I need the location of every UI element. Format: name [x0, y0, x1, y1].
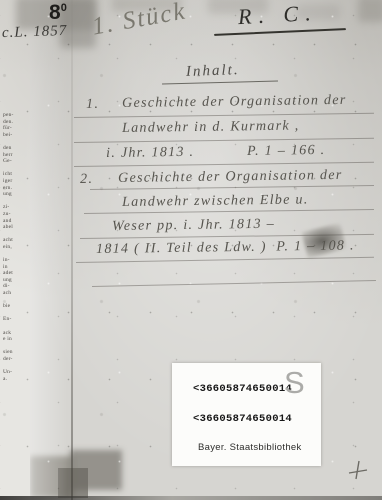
- ruled-line: [74, 138, 374, 143]
- top-right-corner-smudge: [358, 0, 382, 22]
- library-owner-name: Bayer. Staatsbibliothek: [198, 442, 302, 453]
- scanned-book-page: pen- den. für- bei- den herr Ge- icht ig…: [0, 0, 382, 500]
- ruled-line: [92, 280, 376, 287]
- contents-heading: Inhalt.: [186, 62, 240, 81]
- entry-line: i. Jhr. 1813 . P. 1 – 166 .: [106, 143, 326, 162]
- shelf-mark: c.L. 1857: [2, 23, 68, 42]
- octavo-digit: 8: [49, 1, 61, 24]
- entry-line: Geschichte der Organisation der: [122, 93, 347, 112]
- entry-number: 1.: [86, 97, 99, 113]
- entry-line: Landwehr in d. Kurmark ,: [122, 119, 300, 137]
- ruled-line: [74, 113, 374, 118]
- entry-line: Landwehr zwischen Elbe u.: [122, 192, 309, 211]
- entry-line: Weser pp. i. Jhr. 1813 –: [112, 217, 275, 235]
- header-initials-handwriting: R. C.: [237, 0, 318, 30]
- contents-heading-underline: [162, 80, 278, 84]
- library-barcode-label: <36605874650014 S <36605874650014 Bayer.…: [172, 363, 321, 466]
- octavo-superscript: 0: [61, 2, 67, 14]
- pencil-cross-mark: [346, 458, 370, 482]
- octavo-format-stamp: 80: [49, 1, 67, 25]
- piece-note-handwriting: 1. Stück: [90, 0, 189, 42]
- ruled-line: [76, 257, 374, 263]
- page-gutter-shading: [30, 0, 74, 500]
- entry-line: Geschichte der Organisation der: [118, 168, 343, 187]
- entry-number: 2.: [80, 172, 93, 188]
- barcode-number-bottom: <36605874650014: [193, 413, 292, 425]
- scan-bottom-edge: [0, 496, 382, 500]
- ruled-line: [74, 162, 374, 167]
- margin-print-fragments: pen- den. für- bei- den herr Ge- icht ig…: [3, 112, 29, 382]
- label-s-mark: S: [284, 365, 305, 401]
- barcode-number-top: <36605874650014: [193, 383, 292, 395]
- header-initials-underline: [214, 28, 346, 36]
- fold-crease-line: [71, 0, 73, 500]
